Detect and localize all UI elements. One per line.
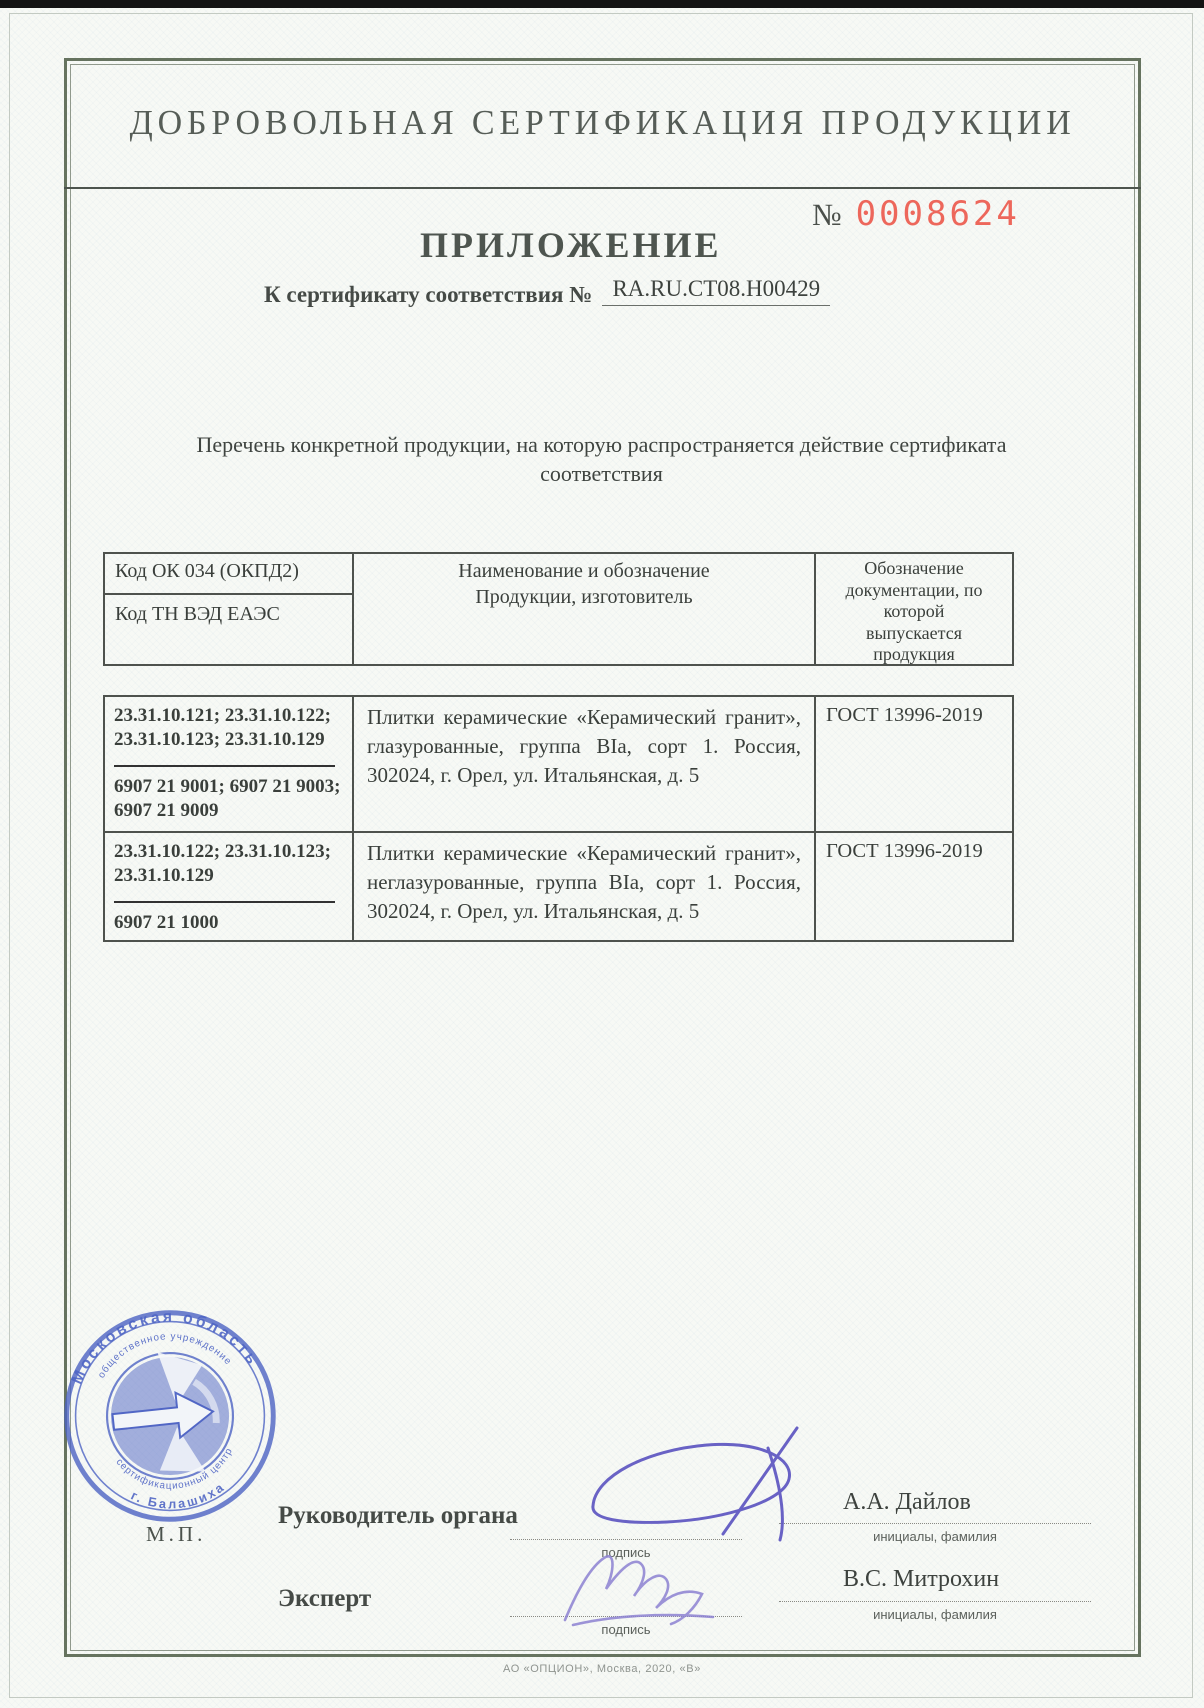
table-row-2-doc: ГОСТ 13996-2019 [816, 833, 1012, 940]
name-line-2 [779, 1601, 1091, 1602]
header-name-line1: Наименование и обозначение [354, 558, 814, 584]
header-col-doc: Обозначение документации, по которой вып… [816, 554, 1012, 666]
header-okpd-label: Код ОК 034 (ОКПД2) [105, 554, 352, 595]
expert-name: В.С. Митрохин [843, 1566, 999, 1593]
header-name-line2: Продукции, изготовитель [354, 584, 814, 610]
round-stamp-seal: Московская область г. Балашиха обществен… [40, 1286, 299, 1545]
certificate-reference-label: К сертификату соответствия № [264, 282, 592, 308]
name-caption-2: инициалы, фамилия [779, 1607, 1091, 1622]
header-band: ДОБРОВОЛЬНАЯ СЕРТИФИКАЦИЯ ПРОДУКЦИИ [64, 58, 1141, 189]
header-col-codes: Код ОК 034 (ОКПД2) Код ТН ВЭД ЕАЭС [105, 554, 354, 666]
name-line-1 [779, 1523, 1091, 1524]
scan-edge [0, 0, 1204, 8]
header-tnved-label: Код ТН ВЭД ЕАЭС [105, 595, 352, 634]
table-row-1-doc: ГОСТ 13996-2019 [816, 697, 1012, 833]
name-caption-1: инициалы, фамилия [779, 1529, 1091, 1544]
head-name: А.А. Дайлов [843, 1489, 971, 1516]
number-sign: № [812, 197, 842, 233]
certificate-number: RA.RU.CT08.H00429 [602, 276, 830, 306]
table-row-1-description: Плитки керамические «Керамический гранит… [354, 697, 816, 833]
table-row-2-codes: 23.31.10.122; 23.31.10.123; 23.31.10.129… [105, 833, 354, 940]
printer-imprint: АО «ОПЦИОН», Москва, 2020, «В» [0, 1663, 1204, 1675]
expert-autograph-ink [545, 1528, 735, 1633]
number-value: 0008624 [856, 194, 1020, 234]
table-row-2-description: Плитки керамические «Керамический гранит… [354, 833, 816, 940]
row2-okpd: 23.31.10.122; 23.31.10.123; 23.31.10.129 [114, 840, 344, 888]
product-table-body: 23.31.10.121; 23.31.10.122; 23.31.10.123… [103, 695, 1014, 942]
role-head-of-body: Руководитель органа [278, 1502, 518, 1530]
document-number: № 0008624 [812, 194, 1020, 234]
certificate-reference: К сертификату соответствия № RA.RU.CT08.… [264, 282, 830, 312]
row2-tnved: 6907 21 1000 [114, 911, 344, 935]
header-col-name: Наименование и обозначение Продукции, из… [354, 554, 816, 666]
row1-tnved: 6907 21 9001; 6907 21 9003; 6907 21 9009 [114, 775, 344, 823]
codes-divider [114, 901, 335, 903]
document-title: ПРИЛОЖЕНИЕ [420, 224, 722, 266]
table-row-1-codes: 23.31.10.121; 23.31.10.122; 23.31.10.123… [105, 697, 354, 833]
role-expert: Эксперт [278, 1585, 371, 1613]
row1-okpd: 23.31.10.121; 23.31.10.122; 23.31.10.123… [114, 704, 344, 752]
intro-paragraph: Перечень конкретной продукции, на котору… [146, 430, 1057, 488]
product-table-header: Код ОК 034 (ОКПД2) Код ТН ВЭД ЕАЭС Наиме… [103, 552, 1014, 666]
page-title: ДОБРОВОЛЬНАЯ СЕРТИФИКАЦИЯ ПРОДУКЦИИ [130, 103, 1076, 143]
stamp-place-label: М.П. [146, 1522, 206, 1547]
codes-divider [114, 765, 335, 767]
header-doc-label: Обозначение документации, по которой вып… [834, 558, 994, 666]
certificate-page: ДОБРОВОЛЬНАЯ СЕРТИФИКАЦИЯ ПРОДУКЦИИ № 00… [0, 0, 1204, 1708]
